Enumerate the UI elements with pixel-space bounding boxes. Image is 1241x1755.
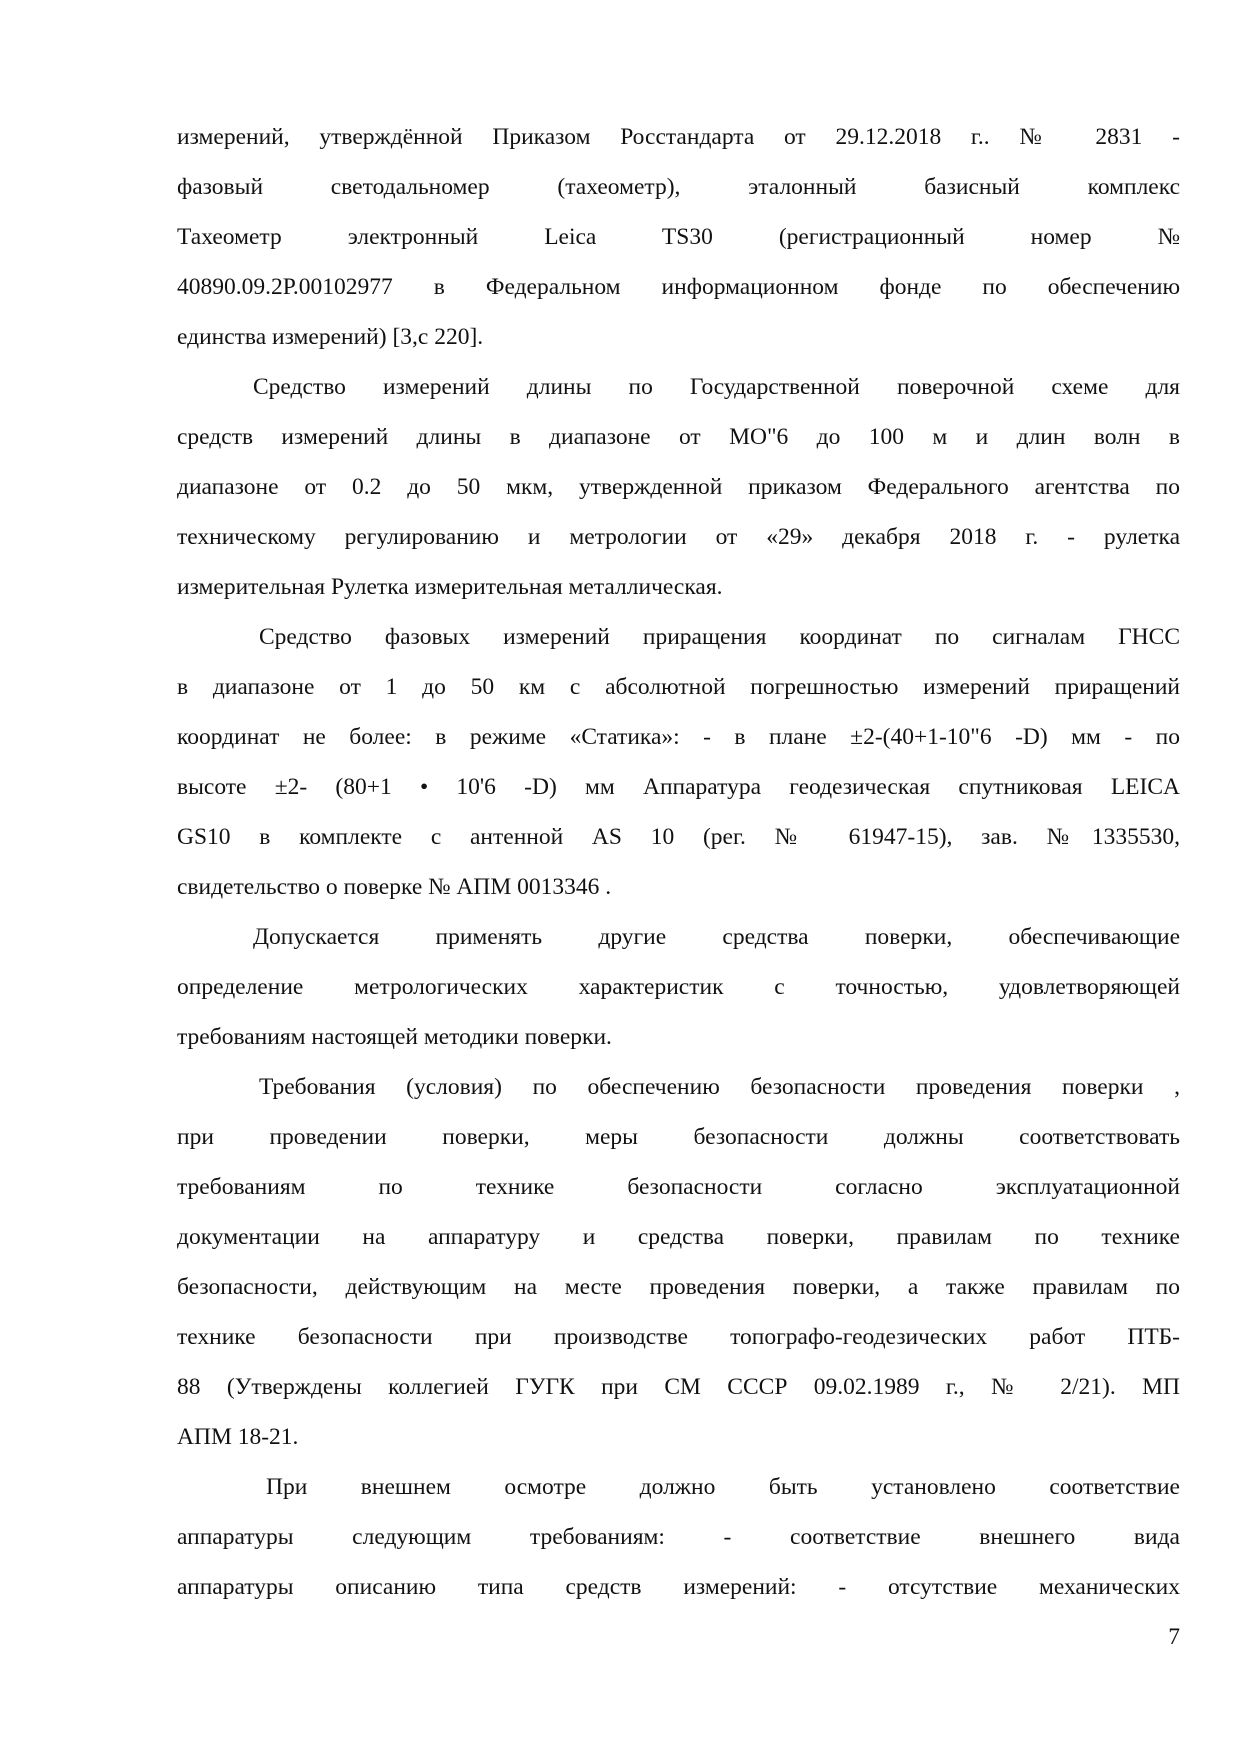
text-line: Требования (условия) по обеспечению безо… xyxy=(177,1062,1180,1112)
text-line: Средство измерений длины по Государствен… xyxy=(177,362,1180,412)
paragraph-length-measurement: Средство измерений длины по Государствен… xyxy=(177,362,1180,612)
text-line: измерений, утверждённой Приказом Росстан… xyxy=(177,112,1180,162)
text-line: технике безопасности при производстве то… xyxy=(177,1312,1180,1362)
text-line: требованиям настоящей методики поверки. xyxy=(177,1012,1180,1062)
text-line: документации на аппаратуру и средства по… xyxy=(177,1212,1180,1262)
text-line: 40890.09.2Р.00102977 в Федеральном инфор… xyxy=(177,262,1180,312)
text-line: при проведении поверки, меры безопасност… xyxy=(177,1112,1180,1162)
text-line: в диапазоне от 1 до 50 км с абсолютной п… xyxy=(177,662,1180,712)
paragraph-measuring-instruments-tacheometer: измерений, утверждённой Приказом Росстан… xyxy=(177,112,1180,362)
text-line: техническому регулированию и метрологии … xyxy=(177,512,1180,562)
text-line: GS10 в комплекте с антенной AS 10 (рег. … xyxy=(177,812,1180,862)
text-line: определение метрологических характеристи… xyxy=(177,962,1180,1012)
text-line: фазовый светодальномер (тахеометр), этал… xyxy=(177,162,1180,212)
page-number: 7 xyxy=(1140,1624,1180,1651)
text-line: Средство фазовых измерений приращения ко… xyxy=(177,612,1180,662)
text-line: единства измерений) [3,с 220]. xyxy=(177,312,1180,362)
text-line: АПМ 18-21. xyxy=(177,1412,1180,1462)
text-line: При внешнем осмотре должно быть установл… xyxy=(177,1462,1180,1512)
document-page: измерений, утверждённой Приказом Росстан… xyxy=(0,0,1241,1755)
paragraph-safety-requirements: Требования (условия) по обеспечению безо… xyxy=(177,1062,1180,1462)
paragraph-external-inspection: При внешнем осмотре должно быть установл… xyxy=(177,1462,1180,1612)
text-line: высоте ±2- (80+1 • 10'6 -D) мм Аппаратур… xyxy=(177,762,1180,812)
text-line: аппаратуры описанию типа средств измерен… xyxy=(177,1562,1180,1612)
text-line: аппаратуры следующим требованиям: - соот… xyxy=(177,1512,1180,1562)
text-line: средств измерений длины в диапазоне от М… xyxy=(177,412,1180,462)
paragraph-alternative-means: Допускается применять другие средства по… xyxy=(177,912,1180,1062)
body-text: измерений, утверждённой Приказом Росстан… xyxy=(177,112,1180,1612)
text-line: требованиям по технике безопасности согл… xyxy=(177,1162,1180,1212)
text-line: Тахеометр электронный Leica TS30 (регист… xyxy=(177,212,1180,262)
text-line: координат не более: в режиме «Статика»: … xyxy=(177,712,1180,762)
text-line: диапазоне от 0.2 до 50 мкм, утвержденной… xyxy=(177,462,1180,512)
paragraph-gnss-measurement: Средство фазовых измерений приращения ко… xyxy=(177,612,1180,912)
text-line: свидетельство о поверке № АПМ 0013346 . xyxy=(177,862,1180,912)
text-line: измерительная Рулетка измерительная мета… xyxy=(177,562,1180,612)
text-line: 88 (Утверждены коллегией ГУГК при СМ ССС… xyxy=(177,1362,1180,1412)
text-line: Допускается применять другие средства по… xyxy=(177,912,1180,962)
text-line: безопасности, действующим на месте прове… xyxy=(177,1262,1180,1312)
